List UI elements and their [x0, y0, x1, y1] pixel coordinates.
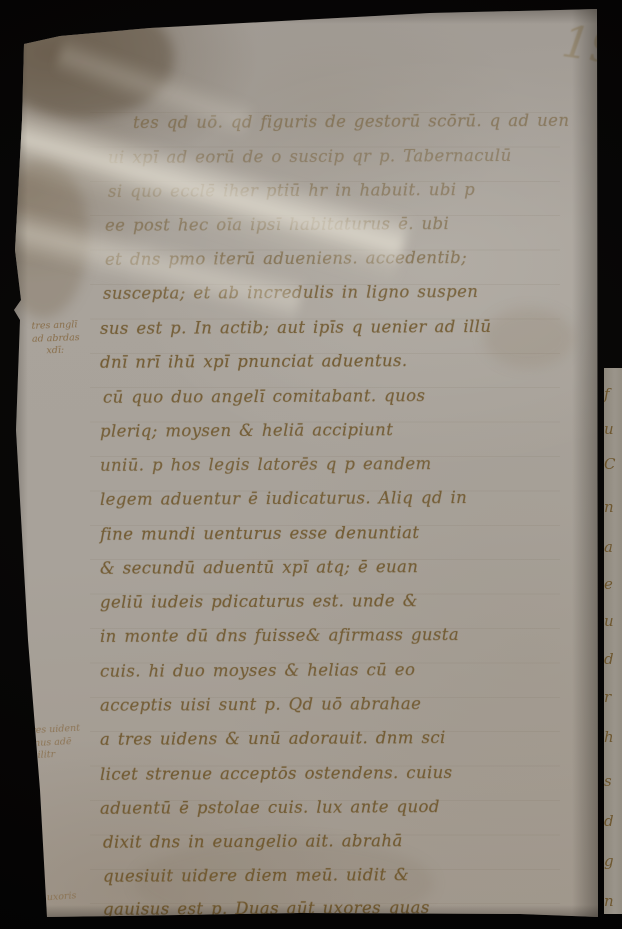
edge-letter-fragment: u — [604, 612, 614, 630]
margin-note-line: xdī: — [32, 344, 80, 358]
text-line: et dns pmo iterū adueniens. accedentib; — [105, 248, 467, 269]
edge-letter-fragment: a — [604, 538, 613, 556]
text-line: sus est p. In actib; aut ipīs q uenier a… — [100, 317, 491, 338]
edge-letter-fragment: d — [604, 812, 614, 830]
margin-note-due-uxores: due uxoris — [26, 890, 77, 906]
edge-letter-fragment: n — [604, 892, 614, 910]
edge-letter-fragment: g — [604, 852, 614, 870]
edge-letter-fragment: n — [604, 498, 614, 516]
margin-note-line: ad abrdas — [32, 332, 80, 346]
edge-shadow — [14, 8, 598, 24]
text-line: legem aduentur ē iudicaturus. Aliq qd in — [100, 488, 467, 509]
edge-shadow — [14, 8, 28, 919]
text-line: licet strenue acceptōs ostendens. cuius — [100, 763, 453, 784]
text-line: tes qd uō. qd figuris de gestorū scōrū. … — [133, 111, 569, 132]
text-line: & secundū aduentū xpī atq; ē euan — [100, 557, 418, 578]
facing-page-edge: f u C n a e u d r h s d g n — [604, 368, 622, 914]
text-line: dixit dns in euangelio ait. abrahā — [103, 831, 403, 852]
edge-shadow — [14, 905, 598, 919]
text-line: suscepta; et ab incredulis in ligno susp… — [103, 282, 478, 303]
margin-note-line: due uxoris — [26, 890, 77, 906]
edge-letter-fragment: d — [604, 650, 614, 668]
text-line: geliū iudeis pdicaturus est. unde & — [100, 591, 418, 612]
text-line: quesiuit uidere diem meū. uidit & — [103, 865, 409, 886]
text-line: acceptis uisi sunt p. Qd uō abrahae — [100, 694, 421, 715]
text-line: in monte dū dns fuisse& afirmass gusta — [100, 625, 459, 646]
text-line: a tres uidens & unū adorauit. dnm sci — [100, 728, 446, 749]
edge-letter-fragment: f — [604, 385, 610, 403]
edge-letter-fragment: C — [604, 455, 615, 473]
text-line: uniū. p hos legis latorēs q p eandem — [100, 454, 432, 475]
text-line: cū quo duo angelī comitabant. quos — [103, 386, 425, 407]
text-line: aduentū ē pstolae cuis. lux ante quod — [100, 797, 440, 818]
edge-letter-fragment: r — [604, 688, 611, 706]
stain-left-edge — [0, 158, 88, 318]
text-line: dnī nrī ihū xpī pnunciat aduentus. — [100, 351, 408, 372]
stain-right-mid — [484, 308, 574, 368]
text-line: ui xpī ad eorū de o suscip qr p. Taberna… — [108, 146, 512, 167]
edge-letter-fragment: h — [604, 728, 614, 746]
edge-letter-fragment: s — [604, 772, 612, 790]
margin-note-line: militr — [28, 748, 81, 763]
margin-note-line: tres anglī — [31, 319, 79, 333]
edge-letter-fragment: e — [604, 575, 613, 593]
text-line: fine mundi uenturus esse denuntiat — [100, 523, 420, 544]
margin-note-tres-angeli: tres anglī ad abrdas xdī: — [31, 319, 80, 358]
manuscript-page: tes qd uō. qd figuris de gestorū scōrū. … — [14, 8, 598, 919]
text-line: pleriq; moysen & heliā accipiunt — [100, 420, 393, 441]
margin-note-tres-uidens: tres uident unus adē militr — [27, 723, 82, 763]
text-line: ee post hec oīa ipsī habitaturus ē. ubi — [105, 214, 449, 235]
edge-shadow — [572, 8, 598, 919]
edge-letter-fragment: u — [604, 420, 614, 438]
manuscript-photo: tes qd uō. qd figuris de gestorū scōrū. … — [0, 0, 622, 929]
text-line: si quo ecclē iher ptiū hr in habuit. ubi… — [108, 180, 475, 201]
text-line: cuis. hi duo moyses & helias cū eo — [100, 660, 415, 681]
